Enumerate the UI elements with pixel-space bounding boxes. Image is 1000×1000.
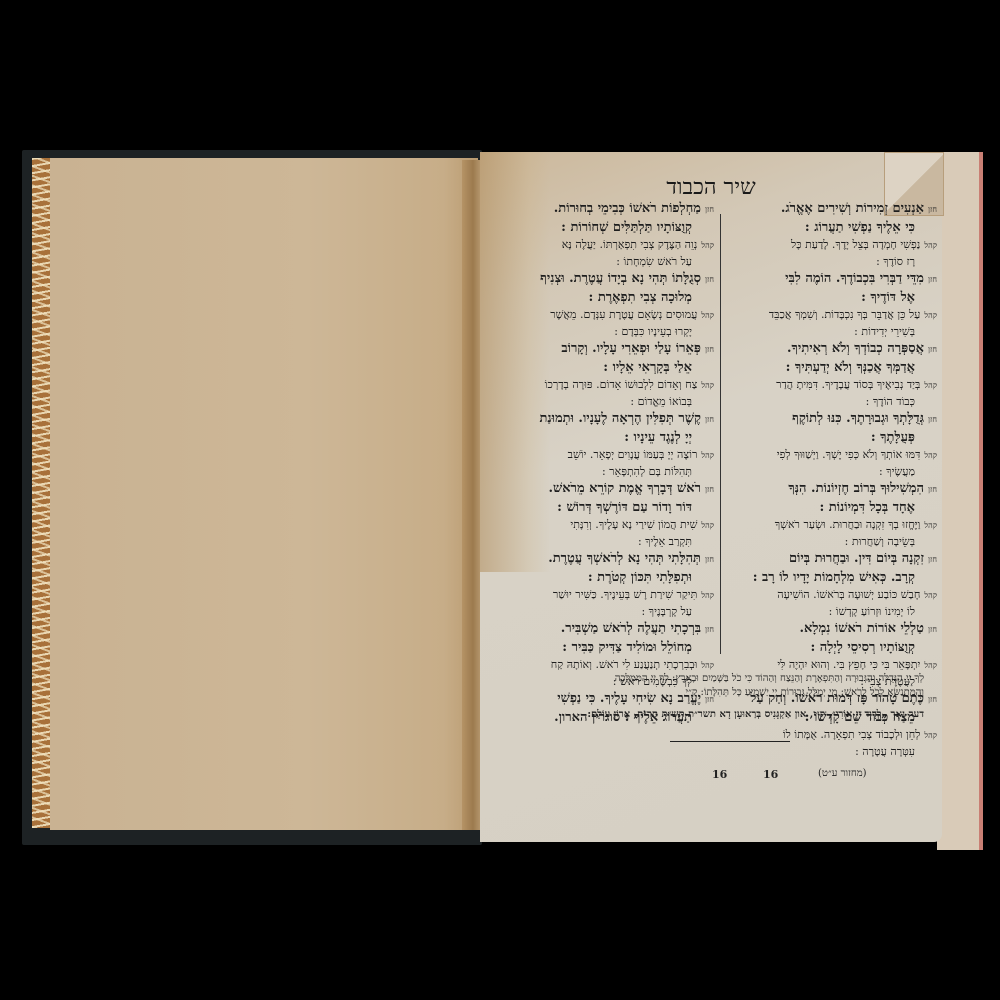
text-line: חזןרֹאשׁ דְּבָרְךָ אֱמֶת קוֹרֵא מֵרֹאשׁ. [502, 480, 714, 499]
speaker-label: קהל [701, 591, 714, 600]
text-line: עִטְּרָה עֲטָרָה : [725, 744, 937, 760]
verse-text: וּתְפִלָּתִי תִּכּוֹן קְטֹרֶת : [588, 570, 692, 585]
open-book: שיר הכבוד חזןאַנְעִים זְמִירוֹת וְשִׁירִ… [22, 150, 982, 850]
left-text-column: חזןמַחְלְפוֹת רֹאשׁוֹ כְּבִימֵי בְחוּרוֹ… [502, 200, 714, 727]
speaker-label: חזן [705, 625, 714, 634]
text-line: בְּבוֹאוֹ מֵאֱדוֹם : [502, 394, 714, 410]
credit-line: דער נאָך „לְדָוִד יְיָ אוֹרִי״, ק״י, און… [498, 708, 924, 722]
verse-text: קְוֻצּוֹתָיו רְסִיסֵי לָיְלָה : [810, 640, 915, 655]
verse-text: גְּדֻלָּתְךָ וּגְבוּרָתֶךָ. כִּנּוּ לְתו… [792, 411, 924, 426]
verse-text: עֲמוּסִים נְשָׂאָם עֲטֶרֶת עִנְּדָם. מֵא… [550, 308, 697, 321]
speaker-label: חזן [928, 555, 937, 564]
text-line: קהלנְוֵה הַצֶּדֶק צְבִי תִפְאַרְתּוֹ. יַ… [502, 237, 714, 254]
text-line: תִּקְרַב אֵלֶיךָ : [502, 534, 714, 550]
speaker-label: קהל [701, 451, 714, 460]
speaker-label: קהל [701, 381, 714, 390]
verse-text: דִּמּוּ אוֹתְךָ וְלֹא כְּפִי יֶשְׁךָ. וַ… [777, 448, 921, 461]
text-line: כְּבוֹד הוֹדֶךָ : [725, 394, 937, 410]
right-page: שיר הכבוד חזןאַנְעִים זְמִירוֹת וְשִׁירִ… [480, 152, 942, 842]
verse-text: לוֹ יְמִינוֹ וּזְרוֹעַ קָדְשׁוֹ : [829, 605, 915, 618]
text-line: לוֹ יְמִינוֹ וּזְרוֹעַ קָדְשׁוֹ : [725, 604, 937, 620]
verse-text: פְּאֵרוֹ עָלַי וּפְאֵרִי עָלָיו. וְקָרוֹ… [561, 341, 701, 356]
page-number: 16 [712, 768, 727, 781]
text-line: קְרָב. כְּאִישׁ מִלְחָמוֹת יָדָיו לוֹ רָ… [725, 569, 937, 587]
text-line: חזןטַלְלֵי אוֹרוֹת רֹאשׁוֹ נִמְלָא. [725, 620, 937, 639]
speaker-label: חזן [928, 275, 937, 284]
speaker-label: חזן [705, 345, 714, 354]
text-line: יְיָ לְנֶגֶד עֵינָיו : [502, 429, 714, 447]
text-line: רָז סוֹדֶךָ : [725, 254, 937, 270]
text-line: בְּשֵׂיבָה וְשַׁחֲרוּת : [725, 534, 937, 550]
verse-text: כְּבוֹד הוֹדֶךָ : [866, 395, 915, 408]
text-line: קְוֻצּוֹתָיו רְסִיסֵי לָיְלָה : [725, 639, 937, 657]
speaker-label: חזן [705, 275, 714, 284]
verse-text: וּבְבִרְכָתִי תְנַעֲנַע לִי רֹאשׁ. וְאוֹ… [551, 658, 698, 671]
verse-text: רוֹצֶה יְיָ בְּעַמּוֹ עֲנָוִים יְפָאֵר. … [568, 448, 698, 461]
text-line: קהלוַיֶּחֱזוּ בְךָ זִקְנָה וּבַחֲרוּת. ו… [725, 517, 937, 534]
text-line: תְּהִלּוֹת בָּם לְהִתְפָּאֵר : [502, 464, 714, 480]
verse-text: תִּקְרַב אֵלֶיךָ : [638, 535, 692, 548]
verse-text: מַעֲשֶׂיךָ : [879, 465, 915, 478]
text-line: קהלדִּמּוּ אוֹתְךָ וְלֹא כְּפִי יֶשְׁךָ.… [725, 447, 937, 464]
text-line: חזןתְּהִלָּתִי תְּהִי נָא לְרֹאשְׁךָ עֲט… [502, 550, 714, 569]
text-line: יָקְרוּ בְעֵינָיו כִּבְּדָם : [502, 324, 714, 340]
speaker-label: קהל [924, 731, 937, 740]
text-line: חזןפְּאֵרוֹ עָלַי וּפְאֵרִי עָלָיו. וְקָ… [502, 340, 714, 359]
speaker-label: קהל [924, 241, 937, 250]
text-line: קהלרוֹצֶה יְיָ בְּעַמּוֹ עֲנָוִים יְפָאֵ… [502, 447, 714, 464]
verse-text: נַפְשִׁי חָמְדָה בְּצֵל יָדֶךָ. לָדַעַת … [791, 238, 920, 251]
text-line: בְּשִׁירֵי יְדִידוֹת : [725, 324, 937, 340]
verse-text: טַלְלֵי אוֹרוֹת רֹאשׁוֹ נִמְלָא. [800, 621, 924, 636]
page-number: 16 [763, 768, 778, 781]
verse-text: מְלוּכָה צְבִי תִפְאֶרֶת : [589, 290, 692, 305]
verse-text: שִׁית הֲמוֹן שִׁירַי נָא עָלֶיךָ. וְרִנָ… [570, 518, 697, 531]
speaker-label: חזן [705, 205, 714, 214]
verse-text: מְחוֹלֵל וּמוֹלִיד צַדִּיק כַּבִּיר : [562, 640, 692, 655]
text-line: קהלעֲמוּסִים נְשָׂאָם עֲטֶרֶת עִנְּדָם. … [502, 307, 714, 324]
verse-text: יָקְרוּ בְעֵינָיו כִּבְּדָם : [614, 325, 692, 338]
text-line: קהלבְּיַד נְבִיאֶיךָ בְּסוֹד עֲבָדֶיךָ. … [725, 377, 937, 394]
verse-text: חָבַשׁ כּוֹבַע יְשׁוּעָה בְּרֹאשׁוֹ. הוֹ… [777, 588, 920, 601]
verse-text: תִּיקַר שִׁירַת רָשׁ בְּעֵינֶיךָ. כַּשִּ… [553, 588, 697, 601]
text-line: חזןזִקְנָה בְּיוֹם דִּין. וּבַחֲרוּת בְּ… [725, 550, 937, 569]
text-line: קהלתִּיקַר שִׁירַת רָשׁ בְּעֵינֶיךָ. כַּ… [502, 587, 714, 604]
speaker-label: קהל [924, 661, 937, 670]
verse-text: אֶל דּוֹדֶיךָ : [861, 290, 915, 305]
speaker-label: חזן [705, 485, 714, 494]
text-line: כִּי אֵלֶיךָ נַפְשִׁי תַעֲרוֹג : [725, 219, 937, 237]
text-line: עַל רֹאשׁ שִׂמְחָתוֹ : [502, 254, 714, 270]
text-line: עַל קָרְבָּנֶיךָ : [502, 604, 714, 620]
verse-text: עַל קָרְבָּנֶיךָ : [641, 605, 692, 618]
speaker-label: חזן [928, 695, 937, 704]
text-line: אֵלַי בְּקָרְאִי אֵלָיו : [502, 359, 714, 377]
verse-text: בְּבוֹאוֹ מֵאֱדוֹם : [630, 395, 692, 408]
verse-text: אֶחָד בְּכָל דִּמְיוֹנוֹת : [819, 500, 915, 515]
text-line: קהלשִׁית הֲמוֹן שִׁירַי נָא עָלֶיךָ. וְר… [502, 517, 714, 534]
page-footer-text: לְךָ יְיָ הַגְּדֻלָּה וְהַגְּבוּרָה וְהַ… [498, 672, 924, 722]
text-line: מְחוֹלֵל וּמוֹלִיד צַדִּיק כַּבִּיר : [502, 639, 714, 657]
verse-text: וַיֶּחֱזוּ בְךָ זִקְנָה וּבַחֲרוּת. וּשְ… [775, 518, 921, 531]
verse-text: סְגֻלָּתוֹ תְּהִי נָא בְיָדוֹ עֲטֶרֶת. ו… [540, 271, 701, 286]
verse-text: מַחְלְפוֹת רֹאשׁוֹ כְּבִימֵי בְחוּרוֹת. [554, 201, 701, 216]
text-line: מְלוּכָה צְבִי תִפְאֶרֶת : [502, 289, 714, 307]
text-line: קהלנַפְשִׁי חָמְדָה בְּצֵל יָדֶךָ. לָדַע… [725, 237, 937, 254]
verse-text: פְּעֻלָּתֶךָ : [871, 430, 915, 445]
verse-text: אַנְעִים זְמִירוֹת וְשִׁירִים אֶאֱרֹג. [781, 201, 924, 216]
text-line: מַעֲשֶׂיךָ : [725, 464, 937, 480]
speaker-label: קהל [924, 451, 937, 460]
text-line: אֶחָד בְּכָל דִּמְיוֹנוֹת : [725, 499, 937, 517]
verse-text: דּוֹר וָדוֹר עַם דּוֹרֶשְׁךָ דְּרוֹשׁ : [557, 500, 692, 515]
speaker-label: חזן [928, 205, 937, 214]
verse-text: בְּיַד נְבִיאֶיךָ בְּסוֹד עֲבָדֶיךָ. דִּ… [776, 378, 920, 391]
speaker-label: חזן [928, 485, 937, 494]
speaker-label: חזן [928, 415, 937, 424]
text-line: אֶל דּוֹדֶיךָ : [725, 289, 937, 307]
verse-text: עַל כֵּן אֲדַבֵּר בְּךָ נִכְבָּדוֹת. וְש… [769, 308, 921, 321]
footer-line: וְהַמִּתְנַשֵּׂא לְכֹל לְרֹאשׁ: מִי יְמַ… [498, 686, 924, 700]
speaker-label: קהל [701, 521, 714, 530]
text-line: קהלחָבַשׁ כּוֹבַע יְשׁוּעָה בְּרֹאשׁוֹ. … [725, 587, 937, 604]
verse-text: קְוֻצּוֹתָיו תַּלְתַּלִּים שְׁחוֹרוֹת : [561, 220, 692, 235]
text-line: חזןמִדֵּי דַבְּרִי בִּכְבוֹדֶךָ. הוֹמֶה … [725, 270, 937, 289]
text-line: חזןמַחְלְפוֹת רֹאשׁוֹ כְּבִימֵי בְחוּרוֹ… [502, 200, 714, 219]
text-line: וּתְפִלָּתִי תִּכּוֹן קְטֹרֶת : [502, 569, 714, 587]
verse-text: מִדֵּי דַבְּרִי בִּכְבוֹדֶךָ. הוֹמֶה לִב… [785, 271, 924, 286]
text-line: קְוֻצּוֹתָיו תַּלְתַּלִּים שְׁחוֹרוֹת : [502, 219, 714, 237]
verse-text: קְרָב. כְּאִישׁ מִלְחָמוֹת יָדָיו לוֹ רָ… [753, 570, 915, 585]
text-line: קהלצַח וְאָדוֹם לִלְבוּשׁוֹ אָדוֹם. פּוּ… [502, 377, 714, 394]
speaker-label: קהל [924, 591, 937, 600]
verse-text: תְּהִלָּתִי תְּהִי נָא לְרֹאשְׁךָ עֲטֶרֶ… [548, 551, 701, 566]
speaker-label: קהל [924, 521, 937, 530]
text-line: קהלעַל כֵּן אֲדַבֵּר בְּךָ נִכְבָּדוֹת. … [725, 307, 937, 324]
speaker-label: חזן [928, 625, 937, 634]
verse-text: בְּשֵׂיבָה וְשַׁחֲרוּת : [845, 535, 915, 548]
verse-text: יְיָ לְנֶגֶד עֵינָיו : [624, 430, 692, 445]
text-line: חזןאֲסַפְּרָה כְבוֹדְךָ וְלֹא רְאִיתִיךָ… [725, 340, 937, 359]
verse-text: עִטְּרָה עֲטָרָה : [855, 745, 915, 758]
verse-text: צַח וְאָדוֹם לִלְבוּשׁוֹ אָדוֹם. פּוּרָה… [545, 378, 698, 391]
verse-text: אֵלַי בְּקָרְאִי אֵלָיו : [603, 360, 692, 375]
speaker-label: קהל [701, 311, 714, 320]
speaker-label: קהל [701, 661, 714, 670]
column-divider [720, 214, 721, 654]
text-line: חזןאַנְעִים זְמִירוֹת וְשִׁירִים אֶאֱרֹג… [725, 200, 937, 219]
verse-text: בְּשִׁירֵי יְדִידוֹת : [854, 325, 915, 338]
verse-text: עַל רֹאשׁ שִׂמְחָתוֹ : [616, 255, 692, 268]
text-line: חזןהִמְשִׁילוּךָ בְּרוֹב חֶזְיוֹנוֹת. הִ… [725, 480, 937, 499]
left-page-blank [50, 158, 478, 830]
footer-line: לְךָ יְיָ הַגְּדֻלָּה וְהַגְּבוּרָה וְהַ… [498, 672, 924, 686]
verse-text: נְוֵה הַצֶּדֶק צְבִי תִפְאַרְתּוֹ. יַעֲל… [562, 238, 698, 251]
marbled-endpaper-strip [32, 158, 50, 828]
verse-text: לְחֵן וּלְכָבוֹד צְבִי תִפְאָרָה. אֻמָּת… [783, 728, 921, 741]
text-line: דּוֹר וָדוֹר עַם דּוֹרֶשְׁךָ דְּרוֹשׁ : [502, 499, 714, 517]
ornament-flourish-icon [670, 736, 790, 746]
speaker-label: חזן [705, 415, 714, 424]
text-line: חזןסְגֻלָּתוֹ תְּהִי נָא בְיָדוֹ עֲטֶרֶת… [502, 270, 714, 289]
verse-text: קֶשֶׁר תְּפִלִּין הֶרְאָה לֶעָנָיו. וּתְ… [539, 411, 701, 426]
text-line: חזןגְּדֻלָּתְךָ וּגְבוּרָתֶךָ. כִּנּוּ ל… [725, 410, 937, 429]
page-title: שיר הכבוד [480, 174, 942, 200]
verse-text: הִמְשִׁילוּךָ בְּרוֹב חֶזְיוֹנוֹת. הִנְּ… [788, 481, 924, 496]
text-line: חזןקֶשֶׁר תְּפִלִּין הֶרְאָה לֶעָנָיו. ו… [502, 410, 714, 429]
speaker-label: קהל [924, 381, 937, 390]
section-label: (מחזור ע״ט) [818, 768, 867, 779]
verse-text: יִתְפָּאֵר בִּי כִּי חָפֵץ בִּי. וְהוּא … [777, 658, 920, 671]
verse-text: רָז סוֹדֶךָ : [876, 255, 915, 268]
verse-text: אֲסַפְּרָה כְבוֹדְךָ וְלֹא רְאִיתִיךָ. [787, 341, 924, 356]
verse-text: זִקְנָה בְּיוֹם דִּין. וּבַחֲרוּת בְּיוֹ… [789, 551, 924, 566]
verse-text: תְּהִלּוֹת בָּם לְהִתְפָּאֵר : [602, 465, 692, 478]
verse-text: בִּרְכָתִי תַעֲלֶה לְרֹאשׁ מַשְׁבִּיר. [561, 621, 701, 636]
page-stack-edge [937, 152, 983, 850]
verse-text: כִּי אֵלֶיךָ נַפְשִׁי תַעֲרוֹג : [805, 220, 915, 235]
text-line: אֲדַמְּךָ אֲכַנְּךָ וְלֹא יְדַעְתִּיךָ : [725, 359, 937, 377]
text-line: חזןבִּרְכָתִי תַעֲלֶה לְרֹאשׁ מַשְׁבִּיר… [502, 620, 714, 639]
speaker-label: קהל [701, 241, 714, 250]
verse-text: רֹאשׁ דְּבָרְךָ אֱמֶת קוֹרֵא מֵרֹאשׁ. [548, 481, 701, 496]
text-line: פְּעֻלָּתֶךָ : [725, 429, 937, 447]
speaker-label: חזן [705, 555, 714, 564]
speaker-label: חזן [928, 345, 937, 354]
verse-text: אֲדַמְּךָ אֲכַנְּךָ וְלֹא יְדַעְתִּיךָ : [786, 360, 915, 375]
speaker-label: קהל [924, 311, 937, 320]
